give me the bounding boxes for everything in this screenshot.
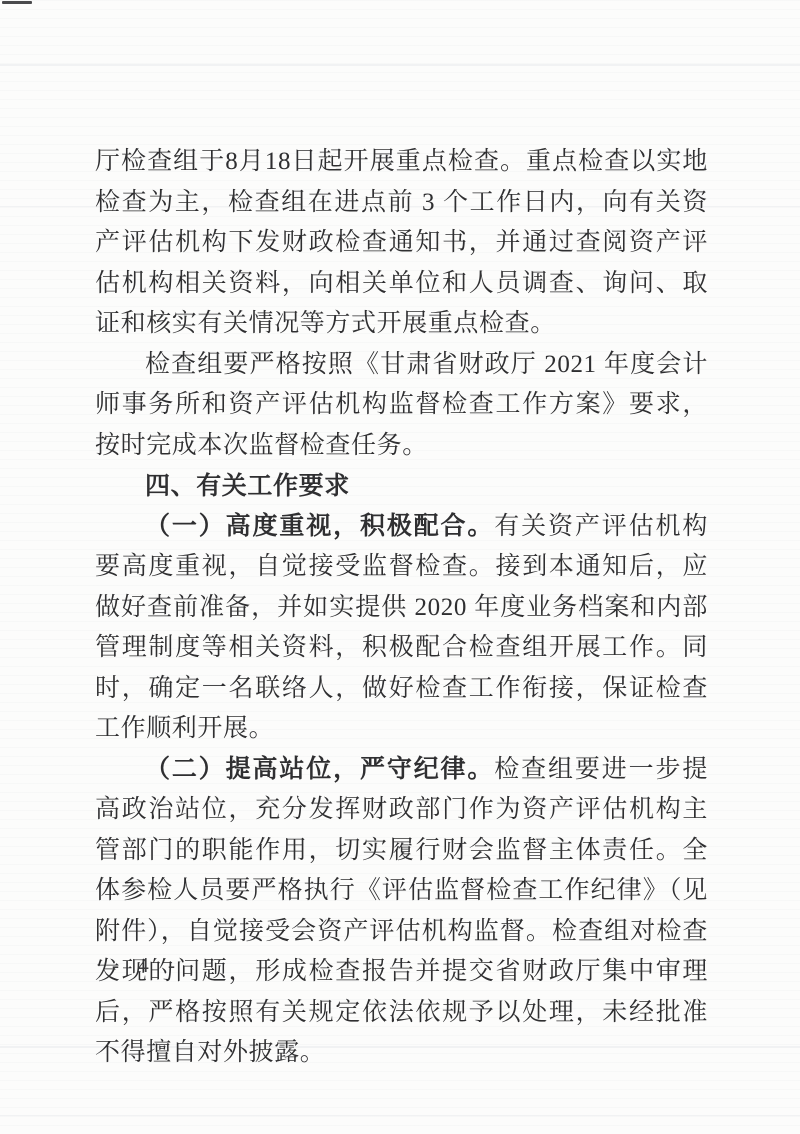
item-1-lead: （一）高度重视，积极配合。 (145, 513, 494, 540)
paragraph-plan-requirement: 检查组要严格按照《甘肃省财政厅 2021 年度会计师事务所和资产评估机构监督检查… (95, 345, 708, 467)
paragraph-item-2: （二）提高站位，严守纪律。检查组要进一步提高政治站位，充分发挥财政部门作为资产评… (95, 750, 708, 1074)
item-1-text: 有关资产评估机构要高度重视，自觉接受监督检查。接到本通知后，应做好查前准备，并如… (95, 513, 708, 743)
scan-artifact-mark (2, 1, 32, 4)
item-2-lead: （二）提高站位，严守纪律。 (145, 756, 494, 783)
scan-streak (0, 64, 800, 66)
scan-streak (0, 1115, 800, 1116)
page-number: - 4 - (112, 953, 182, 978)
paragraph-item-1: （一）高度重视，积极配合。有关资产评估机构要高度重视，自觉接受监督检查。接到本通… (95, 507, 708, 750)
paragraph-continuation: 厅检查组于8月18日起开展重点检查。重点检查以实地检查为主，检查组在进点前 3 … (95, 142, 708, 345)
item-2-text: 检查组要进一步提高政治站位，充分发挥财政部门作为资产评估机构主管部门的职能作用，… (95, 756, 708, 1067)
scanned-document-page: { "colors": { "paper": "#fcfcfb", "ink":… (0, 0, 800, 1134)
section-heading: 四、有关工作要求 (95, 466, 708, 507)
document-body: 厅检查组于8月18日起开展重点检查。重点检查以实地检查为主，检查组在进点前 3 … (95, 142, 708, 1074)
